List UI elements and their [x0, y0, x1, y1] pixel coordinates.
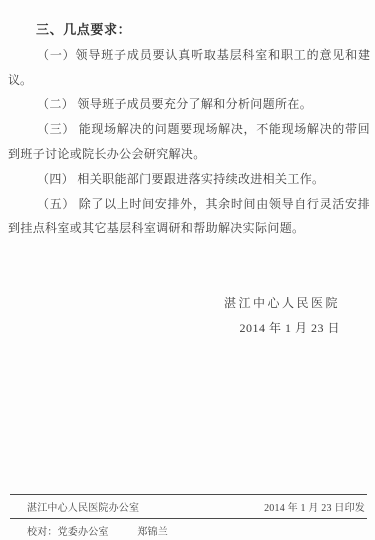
footer-proofreader-name: 郑锦兰 — [137, 527, 168, 538]
requirement-item-5: （五） 除了以上时间安排外，其余时间由领导自行灵活安排到挂点科室或其它基层科室调… — [8, 192, 370, 242]
requirement-item-4: （四） 相关职能部门要跟进落实持续改进相关工作。 — [8, 167, 370, 192]
requirement-item-1: （一）领导班子成员要认真听取基层科室和职工的意见和建议。 — [8, 43, 370, 93]
footer-proofread-row: 校对：党委办公室 郑锦兰 — [10, 519, 367, 538]
signature-block: 湛江中心人民医院 2014 年 1 月 23 日 — [8, 291, 370, 341]
signature-organization: 湛江中心人民医院 — [8, 291, 340, 316]
requirement-item-2: （二） 领导班子成员要充分了解和分析问题所在。 — [8, 92, 370, 117]
footer-issuer-row: 湛江中心人民医院办公室 2014 年 1 月 23 日印发 — [10, 494, 367, 519]
document-body: 三、几点要求： （一）领导班子成员要认真听取基层科室和职工的意见和建议。 （二）… — [8, 18, 370, 340]
footer-proofread-label: 校对：党委办公室 — [27, 527, 109, 538]
section-heading: 三、几点要求： — [8, 18, 370, 43]
footer-print-date: 2014 年 1 月 23 日印发 — [264, 499, 365, 514]
page-footer: 湛江中心人民医院办公室 2014 年 1 月 23 日印发 校对：党委办公室 郑… — [10, 494, 367, 538]
requirement-item-3: （三） 能现场解决的问题要现场解决，不能现场解决的带回到班子讨论或院长办公会研究… — [8, 117, 370, 167]
footer-issuer-office: 湛江中心人民医院办公室 — [27, 499, 139, 514]
signature-date: 2014 年 1 月 23 日 — [8, 316, 340, 341]
document-page: 三、几点要求： （一）领导班子成员要认真听取基层科室和职工的意见和建议。 （二）… — [0, 0, 375, 540]
